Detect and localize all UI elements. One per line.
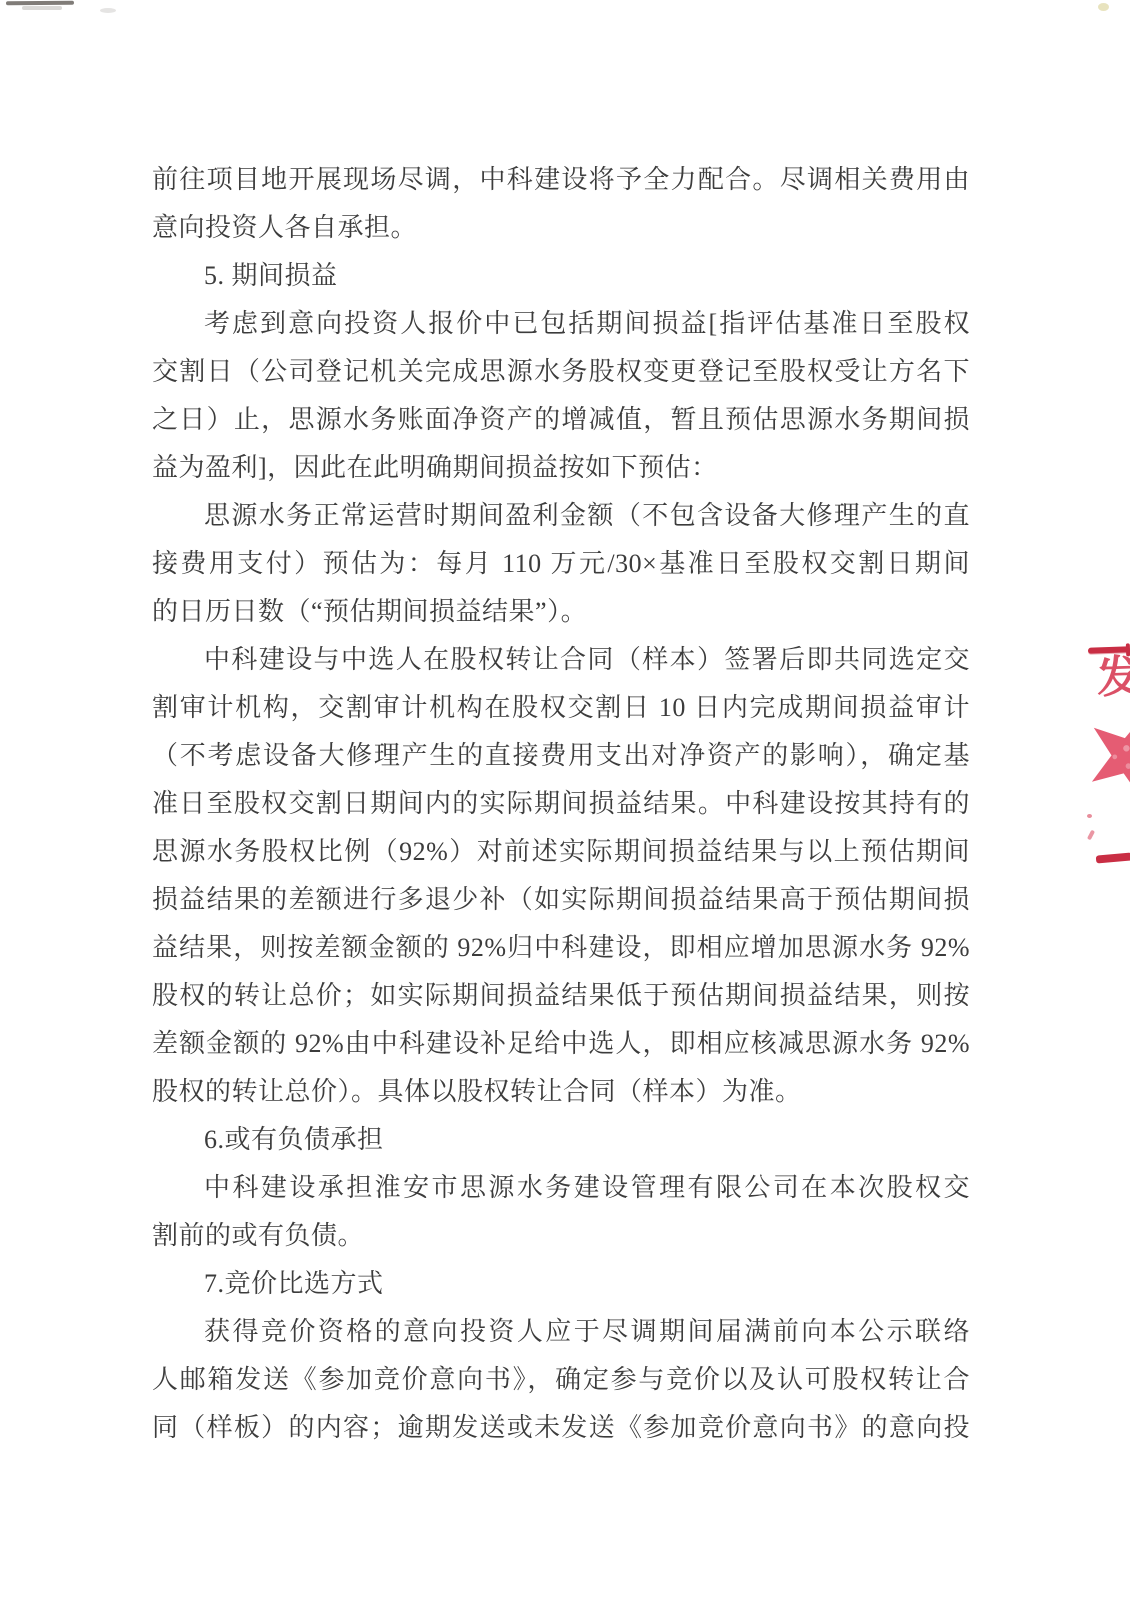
stamp-dot <box>1087 814 1092 818</box>
scan-smudge <box>100 8 116 13</box>
text-line: 割前的或有负债。 <box>152 1212 970 1260</box>
text-line: 前往项目地开展现场尽调，中科建设将予全力配合。尽调相关费用由 <box>152 156 970 204</box>
text-line: （不考虑设备大修理产生的直接费用支出对净资产的影响），确定基 <box>152 732 970 780</box>
text-line: 同（样板）的内容；逾期发送或未发送《参加竞价意向书》的意向投 <box>152 1404 970 1452</box>
scan-smudge <box>22 6 62 10</box>
text-line: 差额金额的 92%由中科建设补足给中选人，即相应核减思源水务 92% <box>152 1020 970 1068</box>
text-line: 7.竞价比选方式 <box>152 1260 970 1308</box>
stamp-tick <box>1087 830 1095 841</box>
text-line: 接费用支付）预估为：每月 110 万元/30×基准日至股权交割日期间 <box>152 540 970 588</box>
text-line: 5. 期间损益 <box>152 252 970 300</box>
scan-speck <box>1098 3 1109 11</box>
text-line: 的日历日数（“预估期间损益结果”）。 <box>152 588 970 636</box>
stamp-character: 发 <box>1096 655 1130 701</box>
red-stamp-fragment: 发 <box>1080 630 1130 880</box>
text-line: 意向投资人各自承担。 <box>152 204 970 252</box>
text-line: 人邮箱发送《参加竞价意向书》，确定参与竞价以及认可股权转让合 <box>152 1356 970 1404</box>
text-line: 中科建设与中选人在股权转让合同（样本）签署后即共同选定交 <box>152 636 970 684</box>
document-page: 前往项目地开展现场尽调，中科建设将予全力配合。尽调相关费用由意向投资人各自承担。… <box>0 0 1130 1600</box>
text-line: 考虑到意向投资人报价中已包括期间损益[指评估基准日至股权 <box>152 300 970 348</box>
text-line: 之日）止，思源水务账面净资产的增减值，暂且预估思源水务期间损 <box>152 396 970 444</box>
text-line: 益结果，则按差额金额的 92%归中科建设，即相应增加思源水务 92% <box>152 924 970 972</box>
text-line: 损益结果的差额进行多退少补（如实际期间损益结果高于预估期间损 <box>152 876 970 924</box>
text-line: 获得竞价资格的意向投资人应于尽调期间届满前向本公示联络 <box>152 1308 970 1356</box>
scan-smudge <box>6 1 74 6</box>
text-line: 准日至股权交割日期间内的实际期间损益结果。中科建设按其持有的 <box>152 780 970 828</box>
text-line: 益为盈利]，因此在此明确期间损益按如下预估： <box>152 444 970 492</box>
text-line: 中科建设承担淮安市思源水务建设管理有限公司在本次股权交 <box>152 1164 970 1212</box>
text-line: 思源水务股权比例（92%）对前述实际期间损益结果与以上预估期间 <box>152 828 970 876</box>
text-line: 割审计机构，交割审计机构在股权交割日 10 日内完成期间损益审计 <box>152 684 970 732</box>
document-text: 前往项目地开展现场尽调，中科建设将予全力配合。尽调相关费用由意向投资人各自承担。… <box>152 156 970 1452</box>
text-line: 6.或有负债承担 <box>152 1116 970 1164</box>
stamp-stroke-bottom <box>1096 852 1130 863</box>
text-line: 交割日（公司登记机关完成思源水务股权变更登记至股权受让方名下 <box>152 348 970 396</box>
text-line: 思源水务正常运营时期间盈利金额（不包含设备大修理产生的直 <box>152 492 970 540</box>
stamp-star-icon <box>1080 706 1130 806</box>
text-line: 股权的转让总价；如实际期间损益结果低于预估期间损益结果，则按 <box>152 972 970 1020</box>
text-line: 股权的转让总价）。具体以股权转让合同（样本）为准。 <box>152 1068 970 1116</box>
